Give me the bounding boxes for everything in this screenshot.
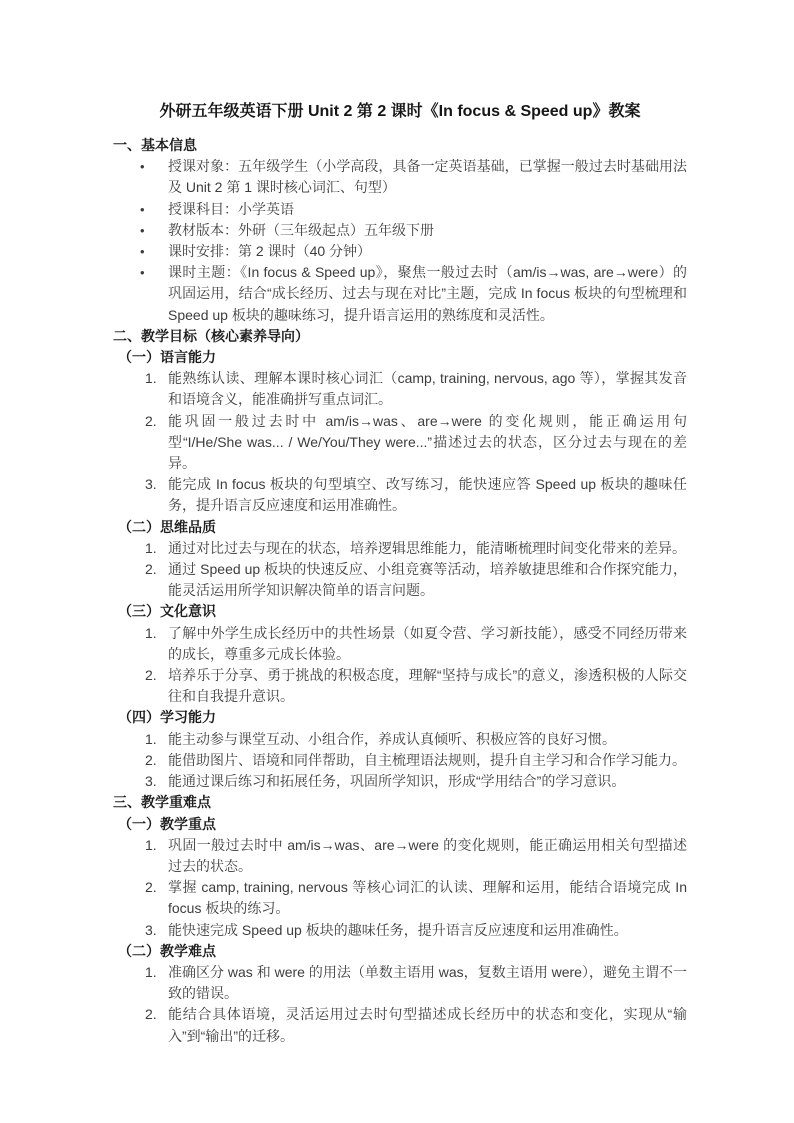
- list-number: 2.: [145, 1004, 171, 1025]
- list-number: 1.: [145, 729, 171, 750]
- list-number: 2.: [145, 411, 171, 432]
- subsection-heading-language-ability: （一）语言能力: [113, 347, 687, 368]
- list-number: 2.: [145, 750, 171, 771]
- list-item-text: 巩固一般过去时中 am/is→was、are→were 的变化规则，能正确运用相…: [168, 837, 687, 874]
- list-item-text: 掌握 camp, training, nervous 等核心词汇的认读、理解和运…: [168, 879, 687, 916]
- list-item-teaching-target: • 授课对象：五年级学生（小学高段，具备一定英语基础，已掌握一般过去时基础用法及…: [113, 156, 687, 198]
- list-item: 2. 能结合具体语境，灵活运用过去时句型描述成长经历中的状态和变化，实现从“输入…: [113, 1004, 687, 1046]
- list-number: 2.: [145, 665, 171, 686]
- list-item: 2. 掌握 camp, training, nervous 等核心词汇的认读、理…: [113, 877, 687, 919]
- list-item: 2. 能巩固一般过去时中 am/is→was、are→were 的变化规则，能正…: [113, 411, 687, 475]
- list-item-text: 能快速完成 Speed up 板块的趣味任务，提升语言反应速度和运用准确性。: [168, 922, 628, 938]
- list-item-text: 课时安排：第 2 课时（40 分钟）: [168, 243, 371, 259]
- bullet-icon: •: [140, 220, 166, 241]
- list-item: 1. 准确区分 was 和 were 的用法（单数主语用 was，复数主语用 w…: [113, 962, 687, 1004]
- list-number: 3.: [145, 474, 171, 495]
- list-item: 3. 能快速完成 Speed up 板块的趣味任务，提升语言反应速度和运用准确性…: [113, 920, 687, 941]
- list-item: 2. 通过 Speed up 板块的快速反应、小组竞赛等活动，培养敏捷思维和合作…: [113, 559, 687, 601]
- list-item-text: 能主动参与课堂互动、小组合作，养成认真倾听、积极应答的良好习惯。: [168, 731, 616, 747]
- list-item-text: 能巩固一般过去时中 am/is→was、are→were 的变化规则，能正确运用…: [168, 413, 687, 471]
- list-item: 1. 了解中外学生成长经历中的共性场景（如夏令营、学习新技能），感受不同经历带来…: [113, 623, 687, 665]
- list-item-text: 授课对象：五年级学生（小学高段，具备一定英语基础，已掌握一般过去时基础用法及 U…: [168, 158, 687, 195]
- bullet-icon: •: [140, 262, 166, 283]
- subsection-heading-difficult-points: （二）教学难点: [113, 941, 687, 962]
- list-item-text: 能通过课后练习和拓展任务，巩固所学知识，形成“学用结合”的学习意识。: [168, 773, 625, 789]
- list-item: 2. 能借助图片、语境和同伴帮助，自主梳理语法规则，提升自主学习和合作学习能力。: [113, 750, 687, 771]
- list-item-textbook: • 教材版本：外研（三年级起点）五年级下册: [113, 220, 687, 241]
- bullet-icon: •: [140, 156, 166, 177]
- list-item: 1. 能熟练认读、理解本课时核心词汇（camp, training, nervo…: [113, 368, 687, 410]
- bullet-icon: •: [140, 199, 166, 220]
- list-item-text: 通过对比过去与现在的状态，培养逻辑思维能力，能清晰梳理时间变化带来的差异。: [168, 540, 686, 556]
- list-number: 2.: [145, 559, 171, 580]
- list-item: 1. 通过对比过去与现在的状态，培养逻辑思维能力，能清晰梳理时间变化带来的差异。: [113, 538, 687, 559]
- list-number: 1.: [145, 538, 171, 559]
- subsection-heading-learning-ability: （四）学习能力: [113, 707, 687, 728]
- list-item-text: 了解中外学生成长经历中的共性场景（如夏令营、学习新技能），感受不同经历带来的成长…: [168, 625, 687, 662]
- list-item: 3. 能完成 In focus 板块的句型填空、改写练习，能快速应答 Speed…: [113, 474, 687, 516]
- list-item: 2. 培养乐于分享、勇于挑战的积极态度，理解“坚持与成长”的意义，渗透积极的人际…: [113, 665, 687, 707]
- subsection-heading-key-points: （一）教学重点: [113, 814, 687, 835]
- list-item-text: 培养乐于分享、勇于挑战的积极态度，理解“坚持与成长”的意义，渗透积极的人际交往和…: [168, 667, 687, 704]
- list-item-text: 能借助图片、语境和同伴帮助，自主梳理语法规则，提升自主学习和合作学习能力。: [168, 752, 686, 768]
- subsection-heading-thinking-quality: （二）思维品质: [113, 517, 687, 538]
- list-number: 1.: [145, 962, 171, 983]
- list-item-text: 课时主题：《In focus & Speed up》，聚焦一般过去时（am/is…: [168, 264, 687, 322]
- list-item: 1. 能主动参与课堂互动、小组合作，养成认真倾听、积极应答的良好习惯。: [113, 729, 687, 750]
- list-item-text: 能结合具体语境，灵活运用过去时句型描述成长经历中的状态和变化，实现从“输入”到“…: [168, 1006, 687, 1043]
- section-heading-basic-info: 一、基本信息: [113, 135, 687, 156]
- list-number: 1.: [145, 368, 171, 389]
- list-item-text: 授课科目：小学英语: [168, 201, 294, 217]
- list-item: 1. 巩固一般过去时中 am/is→was、are→were 的变化规则，能正确…: [113, 835, 687, 877]
- list-number: 3.: [145, 920, 171, 941]
- section-heading-objectives: 二、教学目标（核心素养导向）: [113, 326, 687, 347]
- list-number: 3.: [145, 771, 171, 792]
- list-item-text: 通过 Speed up 板块的快速反应、小组竞赛等活动，培养敏捷思维和合作探究能…: [168, 561, 687, 598]
- list-item-text: 教材版本：外研（三年级起点）五年级下册: [168, 222, 434, 238]
- list-item-schedule: • 课时安排：第 2 课时（40 分钟）: [113, 241, 687, 262]
- list-item-text: 能熟练认读、理解本课时核心词汇（camp, training, nervous,…: [168, 370, 687, 407]
- subsection-heading-cultural-awareness: （三）文化意识: [113, 601, 687, 622]
- list-item-text: 能完成 In focus 板块的句型填空、改写练习，能快速应答 Speed up…: [168, 476, 687, 513]
- list-number: 2.: [145, 877, 171, 898]
- list-item-subject: • 授课科目：小学英语: [113, 199, 687, 220]
- list-number: 1.: [145, 623, 171, 644]
- section-heading-key-difficult-points: 三、教学重难点: [113, 792, 687, 813]
- lesson-plan-page: 外研五年级英语下册 Unit 2 第 2 课时《In focus & Speed…: [113, 100, 687, 1047]
- list-item-text: 准确区分 was 和 were 的用法（单数主语用 was，复数主语用 were…: [168, 964, 687, 1001]
- list-item: 3. 能通过课后练习和拓展任务，巩固所学知识，形成“学用结合”的学习意识。: [113, 771, 687, 792]
- document-title: 外研五年级英语下册 Unit 2 第 2 课时《In focus & Speed…: [113, 100, 687, 124]
- bullet-icon: •: [140, 241, 166, 262]
- list-item-lesson-theme: • 课时主题：《In focus & Speed up》，聚焦一般过去时（am/…: [113, 262, 687, 326]
- list-number: 1.: [145, 835, 171, 856]
